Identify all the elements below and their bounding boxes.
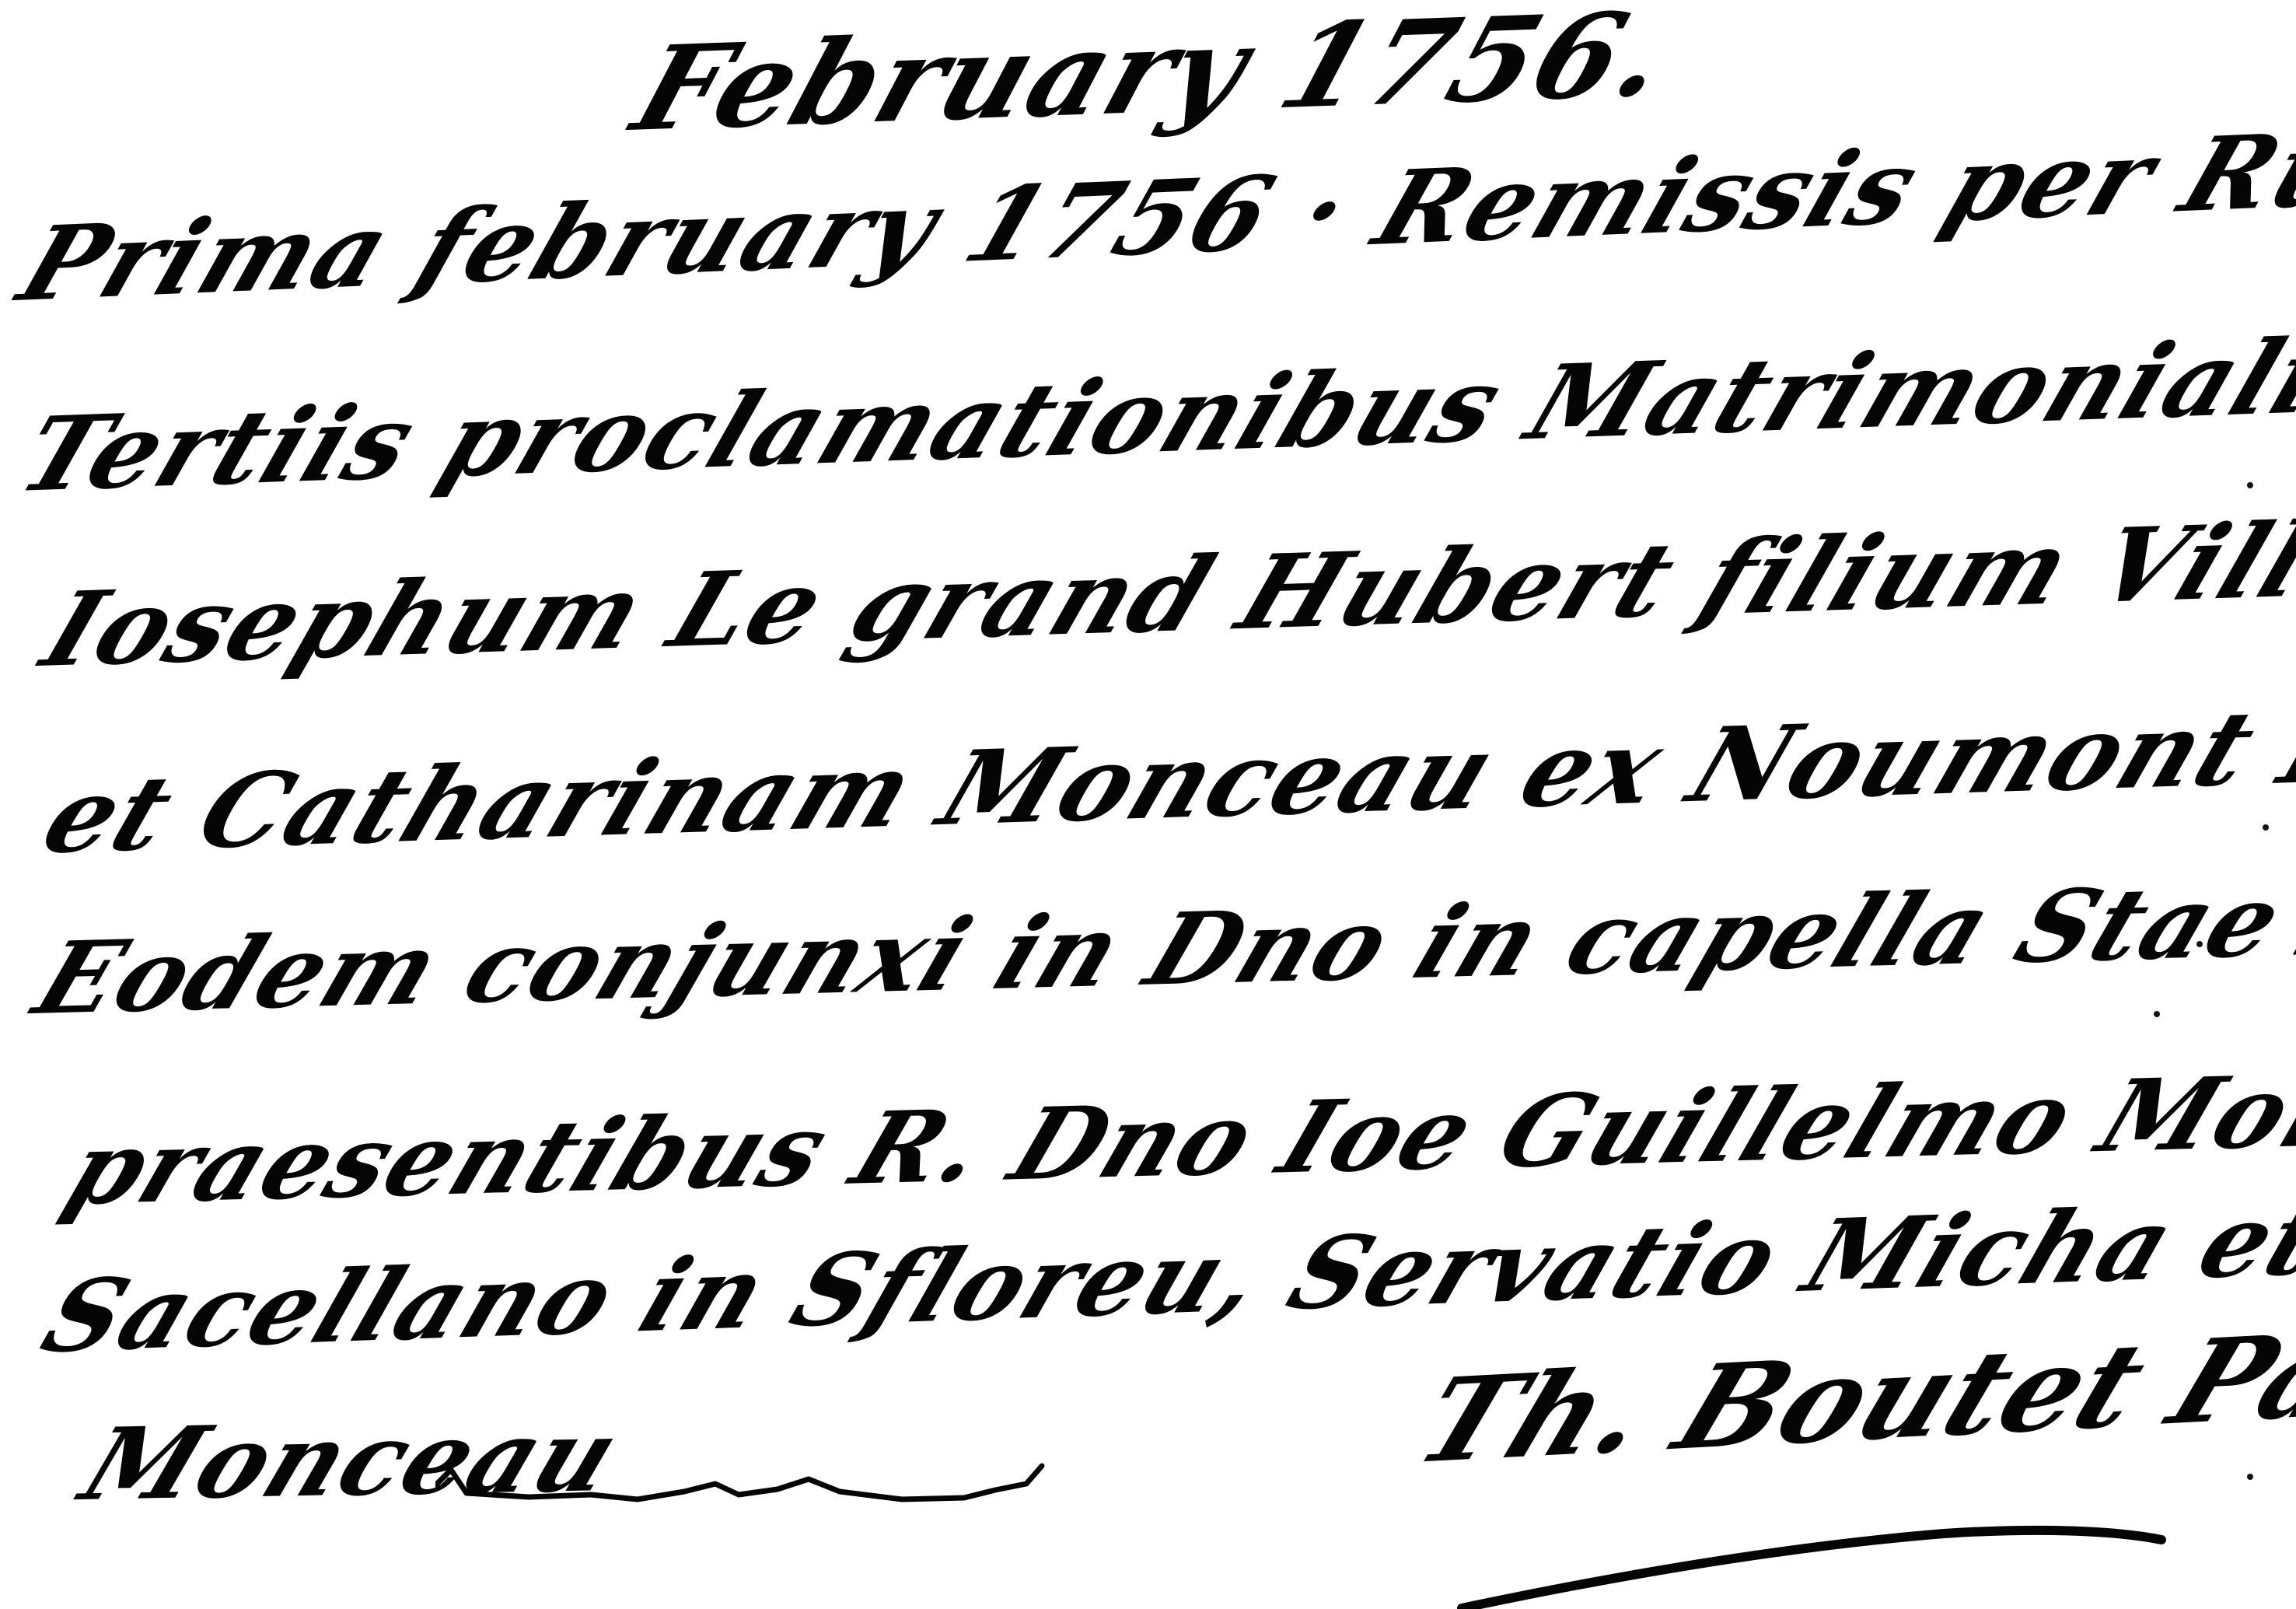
entry-heading: February 1756. [622,0,1683,148]
ink-speck [2154,1011,2160,1017]
text-line-3: Iosephum Le grand Hubert filium Villici … [31,483,2296,682]
text-line-2: Tertiis proclamationibus Matrimonialibus… [8,295,2296,507]
register-page: February 1756. Prima february 1756 · Rem… [0,0,2296,1609]
ink-speck [2247,1474,2253,1480]
text-line-4: et Catharinam Monceau ex Noumont Parochi… [31,666,2296,869]
signature-underline-stroke [1446,1516,2224,1609]
ink-speck [2247,482,2253,488]
text-line-5: Eodem conjunxi in Dno in capella Stae An… [23,861,2296,1029]
pen-flourish-line [435,1462,1135,1509]
ink-speck [2196,941,2203,947]
ink-speck [2263,824,2269,831]
